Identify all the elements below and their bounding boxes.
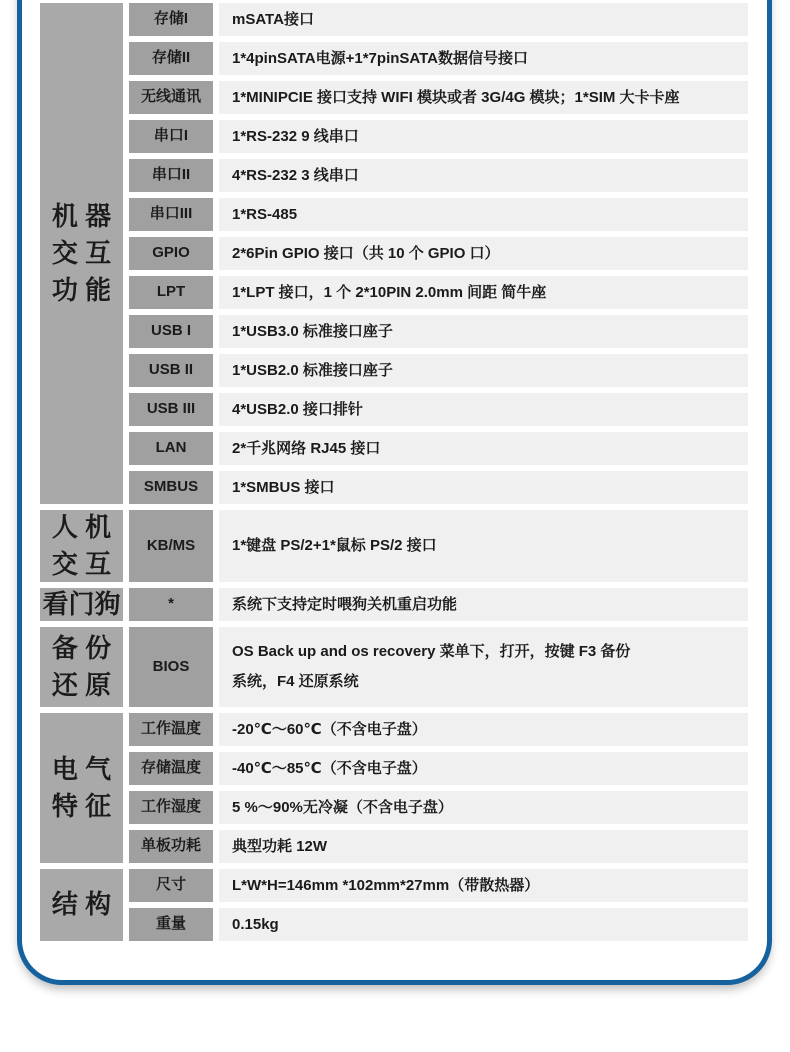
row-value: 2*6Pin GPIO 接口（共 10 个 GPIO 口）	[219, 237, 748, 270]
category-text: 交 互	[52, 551, 111, 578]
row-label: USB I	[129, 315, 213, 348]
table-row: USB II1*USB2.0 标准接口座子	[129, 354, 748, 387]
row-label: 串口III	[129, 198, 213, 231]
category-cell: 看门狗	[40, 588, 123, 621]
category-text: 特 征	[52, 793, 111, 820]
spec-rows: 存储ImSATA接口存储II1*4pinSATA电源+1*7pinSATA数据信…	[129, 3, 748, 504]
spec-group: 结 构尺寸L*W*H=146mm *102mm*27mm（带散热器）重量0.15…	[40, 869, 748, 941]
row-value: mSATA接口	[219, 3, 748, 36]
category-text: 电 气	[52, 756, 111, 783]
row-value: 1*LPT 接口，1 个 2*10PIN 2.0mm 间距 简牛座	[219, 276, 748, 309]
table-row: 串口I1*RS-232 9 线串口	[129, 120, 748, 153]
category-text: 还 原	[52, 672, 111, 699]
row-value: 1*键盘 PS/2+1*鼠标 PS/2 接口	[219, 510, 748, 582]
row-value: 1*USB2.0 标准接口座子	[219, 354, 748, 387]
row-label: 存储II	[129, 42, 213, 75]
row-label: LAN	[129, 432, 213, 465]
row-label: 串口I	[129, 120, 213, 153]
row-label: *	[129, 588, 213, 621]
row-label: BIOS	[129, 627, 213, 707]
category-text: 交 互	[52, 240, 111, 267]
spec-group: 电 气特 征工作温度-20℃～60℃（不含电子盘）存储温度-40℃～85℃（不含…	[40, 713, 748, 863]
row-value: 4*RS-232 3 线串口	[219, 159, 748, 192]
row-value: 5 %～90%无冷凝（不含电子盘）	[219, 791, 748, 824]
table-row: *系统下支持定时喂狗关机重启功能	[129, 588, 748, 621]
row-label: 存储I	[129, 3, 213, 36]
spec-group: 看门狗*系统下支持定时喂狗关机重启功能	[40, 588, 748, 621]
spec-rows: 工作温度-20℃～60℃（不含电子盘）存储温度-40℃～85℃（不含电子盘）工作…	[129, 713, 748, 863]
category-cell: 人 机交 互	[40, 510, 123, 582]
page: 机 器交 互功 能存储ImSATA接口存储II1*4pinSATA电源+1*7p…	[0, 0, 790, 1052]
row-label: LPT	[129, 276, 213, 309]
spec-table: 机 器交 互功 能存储ImSATA接口存储II1*4pinSATA电源+1*7p…	[40, 3, 748, 941]
table-row: SMBUS1*SMBUS 接口	[129, 471, 748, 504]
row-label: 工作湿度	[129, 791, 213, 824]
row-label: 单板功耗	[129, 830, 213, 863]
spec-group: 机 器交 互功 能存储ImSATA接口存储II1*4pinSATA电源+1*7p…	[40, 3, 748, 504]
category-text: 人 机	[52, 514, 111, 541]
spec-rows: BIOSOS Back up and os recovery 菜单下，打开，按键…	[129, 627, 748, 707]
table-row: 串口III1*RS-485	[129, 198, 748, 231]
row-label: 尺寸	[129, 869, 213, 902]
row-value: 4*USB2.0 接口排针	[219, 393, 748, 426]
table-row: 存储II1*4pinSATA电源+1*7pinSATA数据信号接口	[129, 42, 748, 75]
row-value: 系统下支持定时喂狗关机重启功能	[219, 588, 748, 621]
row-value: 1*4pinSATA电源+1*7pinSATA数据信号接口	[219, 42, 748, 75]
row-value: 典型功耗 12W	[219, 830, 748, 863]
category-text: 功 能	[52, 277, 111, 304]
table-row: LAN2*千兆网络 RJ45 接口	[129, 432, 748, 465]
table-row: 串口II4*RS-232 3 线串口	[129, 159, 748, 192]
category-text: 备 份	[52, 635, 111, 662]
table-row: 工作温度-20℃～60℃（不含电子盘）	[129, 713, 748, 746]
row-value: OS Back up and os recovery 菜单下，打开，按键 F3 …	[219, 627, 748, 707]
row-value: -20℃～60℃（不含电子盘）	[219, 713, 748, 746]
row-label: GPIO	[129, 237, 213, 270]
row-value: 1*RS-232 9 线串口	[219, 120, 748, 153]
row-value: 1*SMBUS 接口	[219, 471, 748, 504]
category-text: 机 器	[52, 203, 111, 230]
row-label: 串口II	[129, 159, 213, 192]
category-cell: 备 份还 原	[40, 627, 123, 707]
row-label: SMBUS	[129, 471, 213, 504]
row-label: USB III	[129, 393, 213, 426]
row-label: USB II	[129, 354, 213, 387]
table-row: USB III4*USB2.0 接口排针	[129, 393, 748, 426]
category-cell: 机 器交 互功 能	[40, 3, 123, 504]
row-value: 0.15kg	[219, 908, 748, 941]
row-value: L*W*H=146mm *102mm*27mm（带散热器）	[219, 869, 748, 902]
category-cell: 电 气特 征	[40, 713, 123, 863]
spec-rows: KB/MS1*键盘 PS/2+1*鼠标 PS/2 接口	[129, 510, 748, 582]
table-row: 工作湿度5 %～90%无冷凝（不含电子盘）	[129, 791, 748, 824]
table-row: USB I1*USB3.0 标准接口座子	[129, 315, 748, 348]
row-label: 无线通讯	[129, 81, 213, 114]
row-label: KB/MS	[129, 510, 213, 582]
spec-rows: *系统下支持定时喂狗关机重启功能	[129, 588, 748, 621]
row-value: -40℃～85℃（不含电子盘）	[219, 752, 748, 785]
category-text: 结 构	[52, 891, 111, 918]
table-row: 存储ImSATA接口	[129, 3, 748, 36]
category-text: 看门狗	[42, 591, 120, 618]
row-value: 1*MINIPCIE 接口支持 WIFI 模块或者 3G/4G 模块；1*SIM…	[219, 81, 748, 114]
spec-group: 人 机交 互KB/MS1*键盘 PS/2+1*鼠标 PS/2 接口	[40, 510, 748, 582]
category-cell: 结 构	[40, 869, 123, 941]
table-row: 存储温度-40℃～85℃（不含电子盘）	[129, 752, 748, 785]
spec-rows: 尺寸L*W*H=146mm *102mm*27mm（带散热器）重量0.15kg	[129, 869, 748, 941]
row-label: 重量	[129, 908, 213, 941]
table-row: 单板功耗典型功耗 12W	[129, 830, 748, 863]
row-label: 存储温度	[129, 752, 213, 785]
row-value: 1*USB3.0 标准接口座子	[219, 315, 748, 348]
table-row: BIOSOS Back up and os recovery 菜单下，打开，按键…	[129, 627, 748, 707]
table-row: 无线通讯1*MINIPCIE 接口支持 WIFI 模块或者 3G/4G 模块；1…	[129, 81, 748, 114]
table-row: GPIO2*6Pin GPIO 接口（共 10 个 GPIO 口）	[129, 237, 748, 270]
spec-group: 备 份还 原BIOSOS Back up and os recovery 菜单下…	[40, 627, 748, 707]
table-row: 重量0.15kg	[129, 908, 748, 941]
row-label: 工作温度	[129, 713, 213, 746]
table-row: 尺寸L*W*H=146mm *102mm*27mm（带散热器）	[129, 869, 748, 902]
table-row: KB/MS1*键盘 PS/2+1*鼠标 PS/2 接口	[129, 510, 748, 582]
table-row: LPT1*LPT 接口，1 个 2*10PIN 2.0mm 间距 简牛座	[129, 276, 748, 309]
row-value: 1*RS-485	[219, 198, 748, 231]
row-value: 2*千兆网络 RJ45 接口	[219, 432, 748, 465]
